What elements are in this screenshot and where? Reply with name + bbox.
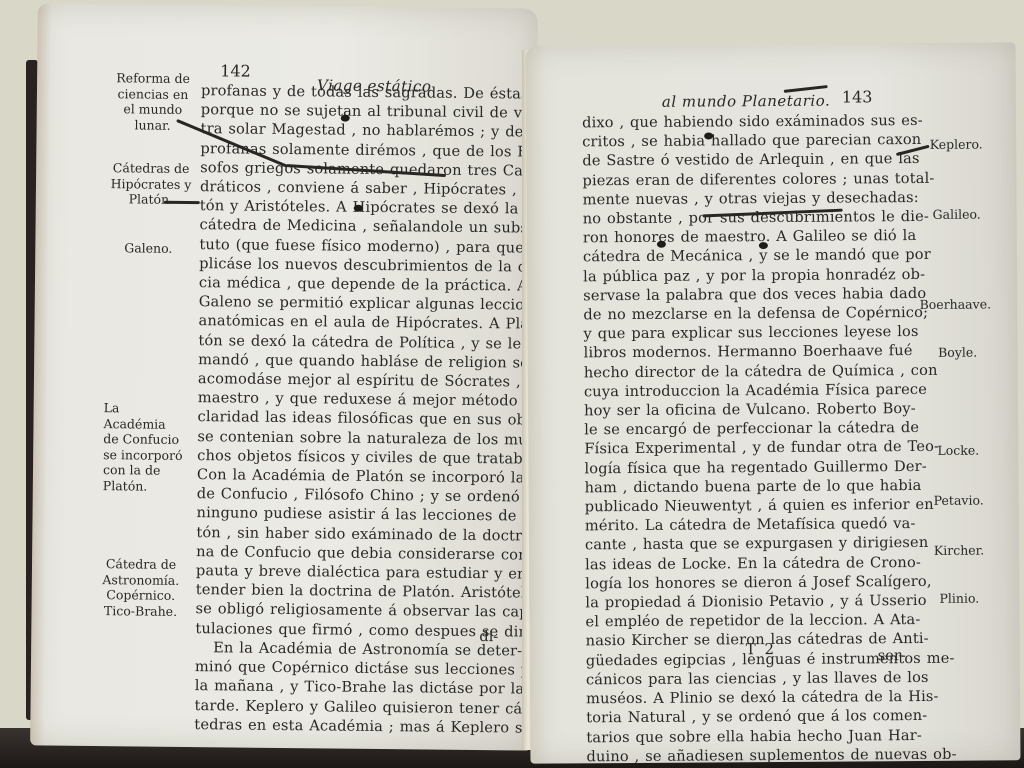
- text-line: y que para explicar sus lecciones leyese…: [583, 322, 901, 343]
- text-line: cátedra de Mecánica , y se le mandó que …: [583, 246, 901, 267]
- text-line: Física Experimental , y de fundar otra d…: [584, 438, 902, 459]
- text-line: logía física que ha regentado Guillermo …: [584, 457, 902, 478]
- right-page: al mundo Planetario. 143 dixo , que habi…: [525, 42, 1020, 763]
- text-line: critos , se habia hallado que parecian c…: [582, 130, 900, 151]
- text-line: libros modernos. Hermanno Boerhaave fué: [584, 342, 902, 363]
- text-line: hoy ser la oficina de Vulcano. Roberto B…: [584, 399, 902, 420]
- text-line: tarios que sobre ella habia hecho Juan H…: [586, 726, 904, 747]
- text-line: le se encargó de perfeccionar la cátedra…: [584, 418, 902, 439]
- text-line: la mañana , y Tico-Brahe las dictáse por…: [195, 676, 507, 698]
- text-line: dixo , que habiendo sido exáminados sus …: [582, 111, 900, 132]
- text-line: la propiedad á Dionisio Petavio , y á Us…: [585, 591, 903, 612]
- text-line: de Sastre ó vestido de Arlequin , en que…: [582, 150, 900, 171]
- page-number-left: 142: [220, 61, 251, 80]
- text-line: piezas eran de diferentes colores ; unas…: [582, 169, 900, 190]
- text-line: cante , hasta que se expurgasen y dirigi…: [585, 534, 903, 555]
- ink-blot: [704, 132, 713, 139]
- catchword-left: di-: [479, 628, 498, 645]
- ink-blot: [354, 205, 363, 212]
- text-line: muséos. A Plinio se dexó la cátedra de l…: [586, 687, 904, 708]
- margin-note-galeno: Galeno.: [113, 240, 183, 256]
- text-line: duino , se añadiesen suplementos de nuev…: [586, 745, 904, 766]
- text-line: hecho director de la cátedra de Química …: [584, 361, 902, 382]
- text-line: no obstante , por sus descubrimientos le…: [583, 207, 901, 228]
- text-line: el empléo de repetidor de la leccion. A …: [585, 610, 903, 631]
- margin-note-galileo: Galileo.: [917, 206, 997, 222]
- text-line: tedras en esta Académia ; mas á Keplero …: [194, 715, 506, 737]
- text-line: publicado Nieuwentyt , á quien es inferi…: [585, 495, 903, 516]
- margin-note-locke: Locke.: [918, 442, 998, 458]
- page-number-right: 143: [842, 87, 873, 106]
- text-line: toria Natural , y se ordenó que á los co…: [586, 706, 904, 727]
- ink-blot: [657, 241, 666, 248]
- margin-note-catedra-astronomia: Cátedra de Astronomía. Copérnico. Tico-B…: [95, 556, 186, 619]
- margin-note-petavio: Petavio.: [919, 492, 999, 508]
- text-line: cánicos para las ciencias , y las llaves…: [586, 668, 904, 689]
- ink-blot: [759, 242, 768, 249]
- text-line: mérito. La cátedra de Metafísica quedó v…: [585, 514, 903, 535]
- text-line: cuya introduccion la Académia Física par…: [584, 380, 902, 401]
- text-line: logía los honores se dieron á Josef Scal…: [585, 572, 903, 593]
- text-line: las ideas de Locke. En la cátedra de Cro…: [585, 553, 903, 574]
- text-line: ham , dictando buena parte de lo que hab…: [585, 476, 903, 497]
- margin-note-kircher: Kircher.: [919, 542, 999, 558]
- text-line: servase la palabra que dos veces habia d…: [583, 284, 901, 305]
- text-line: ron honores de maestro. A Galileo se dió…: [583, 226, 901, 247]
- catchword-right: ser-: [878, 647, 906, 664]
- ink-blot: [341, 115, 350, 122]
- margin-note-plinio: Plinio.: [919, 590, 999, 606]
- margin-note-boerhaave: Boerhaave.: [909, 296, 1001, 312]
- ink-underline: [164, 201, 200, 204]
- margin-note-academia-confucio: La Académia de Confucio se incorporó con…: [103, 400, 184, 494]
- margin-note-boyle: Boyle.: [918, 344, 998, 360]
- text-line: mente nuevas , y otras viejas y desechad…: [583, 188, 901, 209]
- left-page: 142 Viage estático Reforma de ciencias e…: [30, 3, 538, 750]
- text-line: la pública paz , y por la propia honradé…: [583, 265, 901, 286]
- signature-mark: T 2: [746, 640, 776, 658]
- text-line: nasio Kircher se dieron las cátedras de …: [586, 630, 904, 651]
- left-page-body: profanas y de todas las sagradas. De ést…: [194, 81, 513, 737]
- running-header-right: al mundo Planetario.: [662, 92, 830, 111]
- text-line: de no mezclarse en la defensa de Copérni…: [583, 303, 901, 324]
- right-page-body: dixo , que habiendo sido exáminados sus …: [582, 111, 905, 766]
